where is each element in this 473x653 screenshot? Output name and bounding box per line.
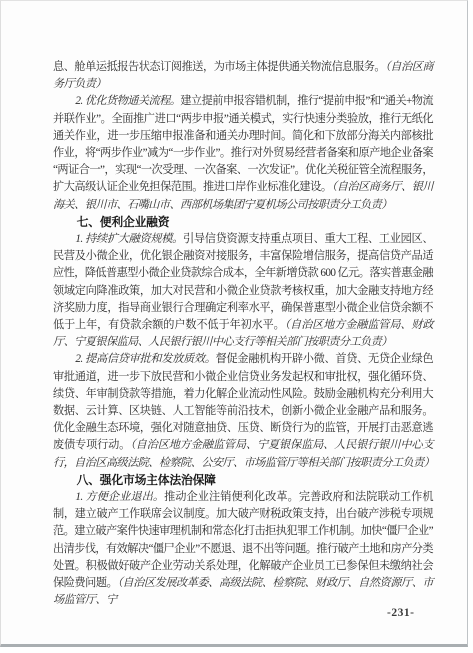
paragraph-continuation: 息、舱单运抵报告状态订阅推送，为市场主体提供通关物流信息服务。（自治区商务厅负责… bbox=[53, 59, 433, 93]
page-number: -231- bbox=[387, 607, 414, 619]
paragraph-body-text: 建立提前申报容错机制，推行“提前申报”和“通关+物流并联作业”。全面推广进口“两… bbox=[53, 95, 433, 193]
paragraph-item-1-enterprise-exit: 1. 方便企业退出。推动企业注销便利化改革。完善政府和法院联动工作机制，建立破产… bbox=[53, 489, 433, 609]
section-heading-8-legal-protection: 八、强化市场主体法治保障 bbox=[53, 472, 433, 489]
paragraph-body-text: 督促金融机构开辟小微、首贷、无贷企业绿色审批通道，进一步下放民营和小微企业信贷业… bbox=[53, 353, 433, 451]
paragraph-body-text: 推动企业注销便利化改革。完善政府和法院联动工作机制，建立破产工作联席会议制度。加… bbox=[53, 491, 433, 589]
section-heading-7-financing: 七、便利企业融资 bbox=[53, 214, 433, 231]
document-text-block: 息、舱单运抵报告状态订阅推送，为市场主体提供通关物流信息服务。（自治区商务厅负责… bbox=[53, 59, 433, 610]
paragraph-item-2-credit-approval: 2. 提高信贷审批和发放质效。督促金融机构开辟小微、首贷、无贷企业绿色审批通道，… bbox=[53, 351, 433, 471]
item-lead-sentence: 2. 优化货物通关流程。 bbox=[75, 95, 180, 107]
paragraph-body-text: 引导信贷资源支持重点项目、重大工程、工业园区、民营及小微企业，优化银企融资对接服… bbox=[53, 233, 433, 331]
item-lead-sentence: 1. 方便企业退出。 bbox=[75, 491, 164, 503]
paragraph-body-text: 息、舱单运抵报告状态订阅推送，为市场主体提供通关物流信息服务。 bbox=[53, 61, 385, 73]
scanned-document-page: 息、舱单运抵报告状态订阅推送，为市场主体提供通关物流信息服务。（自治区商务厅负责… bbox=[0, 0, 468, 647]
item-lead-sentence: 1. 持续扩大融资规模。 bbox=[75, 233, 183, 245]
paragraph-item-1-financing-scale: 1. 持续扩大融资规模。引导信贷资源支持重点项目、重大工程、工业园区、民营及小微… bbox=[53, 231, 433, 351]
paragraph-item-2-customs: 2. 优化货物通关流程。建立提前申报容错机制，推行“提前申报”和“通关+物流并联… bbox=[53, 93, 433, 213]
item-lead-sentence: 2. 提高信贷审批和发放质效。 bbox=[75, 353, 215, 365]
